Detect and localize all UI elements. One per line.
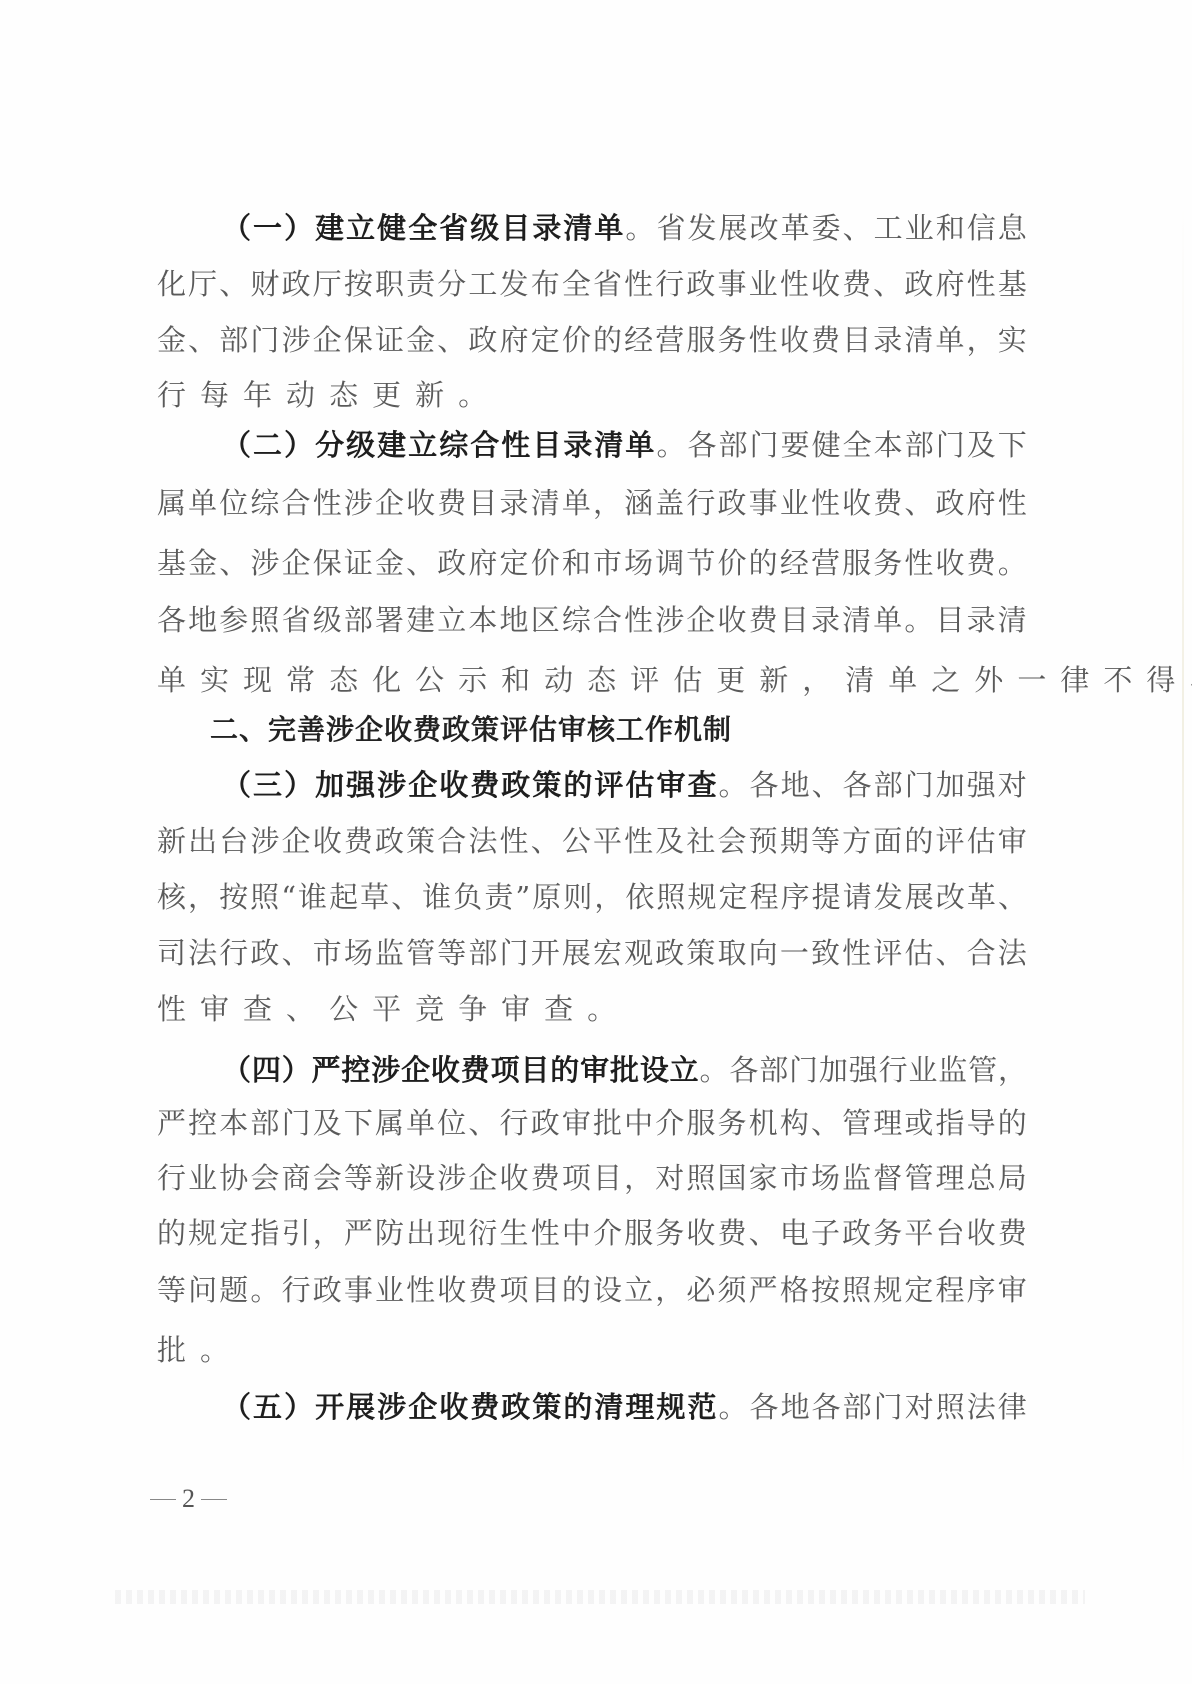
page-number: 2 <box>150 1484 227 1514</box>
text-line: 属单位综合性涉企收费目录清单，涵盖行政事业性收费、政府性 <box>157 483 1027 523</box>
text-line: （四）严控涉企收费项目的审批设立。各部门加强行业监管， <box>222 1050 1027 1090</box>
scan-bleed-through <box>115 1590 1085 1604</box>
text-line: 批。 <box>157 1330 1027 1370</box>
text-line: 化厅、财政厅按职责分工发布全省性行政事业性收费、政府性基 <box>157 264 1027 304</box>
text-line: 行每年动态更新。 <box>157 375 1027 415</box>
document-page: （一）建立健全省级目录清单。省发展改革委、工业和信息化厅、财政厅按职责分工发布全… <box>0 0 1192 1684</box>
text-line: （二）分级建立综合性目录清单。各部门要健全本部门及下 <box>222 425 1027 465</box>
text-line: 等问题。行政事业性收费项目的设立，必须严格按照规定程序审 <box>157 1270 1027 1310</box>
page-number-dash-left <box>150 1499 176 1500</box>
text-line: 单实现常态化公示和动态评估更新，清单之外一律不得收费。 <box>157 660 1027 700</box>
text-line: 的规定指引，严防出现衍生性中介服务收费、电子政务平台收费 <box>157 1213 1027 1253</box>
page-number-dash-right <box>201 1499 227 1500</box>
section-heading: 二、完善涉企收费政策评估审核工作机制 <box>210 710 732 750</box>
text-line: 司法行政、市场监管等部门开展宏观政策取向一致性评估、合法 <box>157 933 1027 973</box>
text-line: 各地参照省级部署建立本地区综合性涉企收费目录清单。目录清 <box>157 600 1027 640</box>
scan-edge-artifact <box>1182 200 1184 1500</box>
text-line: 行业协会商会等新设涉企收费项目，对照国家市场监督管理总局 <box>157 1158 1027 1198</box>
text-line: （五）开展涉企收费政策的清理规范。各地各部门对照法律 <box>222 1387 1027 1427</box>
text-line: 新出台涉企收费政策合法性、公平性及社会预期等方面的评估审 <box>157 821 1027 861</box>
text-line: 严控本部门及下属单位、行政审批中介服务机构、管理或指导的 <box>157 1103 1027 1143</box>
text-line: （一）建立健全省级目录清单。省发展改革委、工业和信息 <box>222 208 1027 248</box>
text-line: （三）加强涉企收费政策的评估审查。各地、各部门加强对 <box>222 765 1027 805</box>
text-line: 金、部门涉企保证金、政府定价的经营服务性收费目录清单，实 <box>157 320 1027 360</box>
text-line: 基金、涉企保证金、政府定价和市场调节价的经营服务性收费。 <box>157 543 1027 583</box>
page-number-value: 2 <box>182 1484 195 1514</box>
text-line: 性审查、公平竞争审查。 <box>157 989 1027 1029</box>
text-line: 核，按照“谁起草、谁负责”原则，依照规定程序提请发展改革、 <box>157 877 1027 917</box>
